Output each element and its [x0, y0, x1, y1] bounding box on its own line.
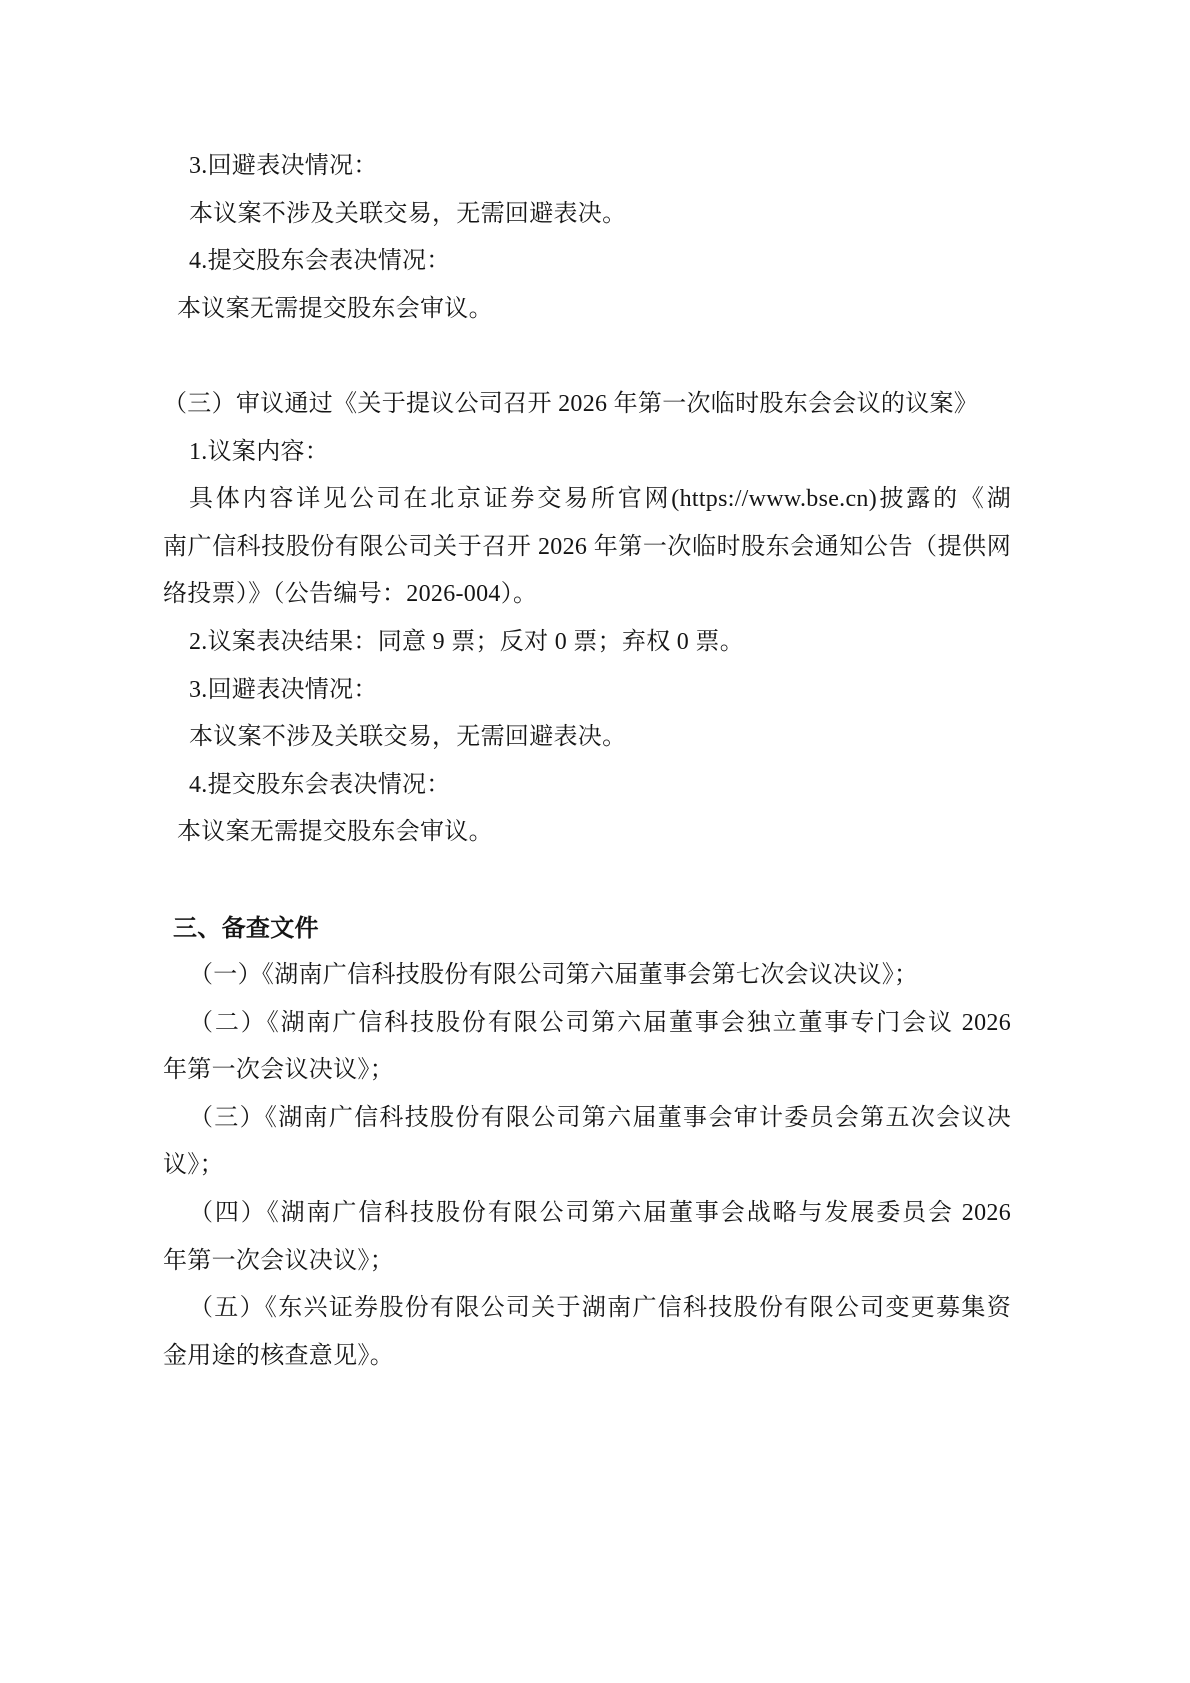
text-line: 年第一次会议决议》；: [163, 1047, 1011, 1095]
text-line: 本议案无需提交股东会审议。: [163, 809, 1011, 857]
text-line: 2.议案表决结果：同意 9 票；反对 0 票；弃权 0 票。: [163, 619, 1011, 667]
text-line: （四）《湖南广信科技股份有限公司第六届董事会战略与发展委员会 2026: [163, 1190, 1011, 1238]
text-line: 南广信科技股份有限公司关于召开 2026 年第一次临时股东会通知公告（提供网: [163, 524, 1011, 572]
text-line: （三）审议通过《关于提议公司召开 2026 年第一次临时股东会会议的议案》: [163, 381, 1011, 429]
text-line: 本议案不涉及关联交易，无需回避表决。: [163, 191, 1011, 239]
text-line: （三）《湖南广信科技股份有限公司第六届董事会审计委员会第五次会议决: [163, 1095, 1011, 1143]
text-line: 金用途的核查意见》。: [163, 1333, 1011, 1381]
text-line: 议》；: [163, 1142, 1011, 1190]
blank-line: [163, 857, 1011, 905]
text-line: 1.议案内容：: [163, 429, 1011, 477]
blank-line: [163, 333, 1011, 381]
text-line: 具体内容详见公司在北京证券交易所官网(https://www.bse.cn)披露…: [163, 476, 1011, 524]
text-line: 年第一次会议决议》；: [163, 1238, 1011, 1286]
text-line: （二）《湖南广信科技股份有限公司第六届董事会独立董事专门会议 2026: [163, 1000, 1011, 1048]
text-line: 3.回避表决情况：: [163, 143, 1011, 191]
document-page: 3.回避表决情况：本议案不涉及关联交易，无需回避表决。4.提交股东会表决情况：本…: [0, 0, 1190, 1683]
section-heading: 三、备查文件: [163, 905, 1011, 953]
text-line: 本议案无需提交股东会审议。: [163, 286, 1011, 334]
text-line: （一）《湖南广信科技股份有限公司第六届董事会第七次会议决议》；: [163, 952, 1011, 1000]
document-body: 3.回避表决情况：本议案不涉及关联交易，无需回避表决。4.提交股东会表决情况：本…: [163, 143, 1011, 1380]
text-line: （五）《东兴证券股份有限公司关于湖南广信科技股份有限公司变更募集资: [163, 1285, 1011, 1333]
text-line: 3.回避表决情况：: [163, 667, 1011, 715]
text-line: 本议案不涉及关联交易，无需回避表决。: [163, 714, 1011, 762]
text-line: 络投票）》（公告编号：2026-004）。: [163, 571, 1011, 619]
text-line: 4.提交股东会表决情况：: [163, 762, 1011, 810]
text-line: 4.提交股东会表决情况：: [163, 238, 1011, 286]
